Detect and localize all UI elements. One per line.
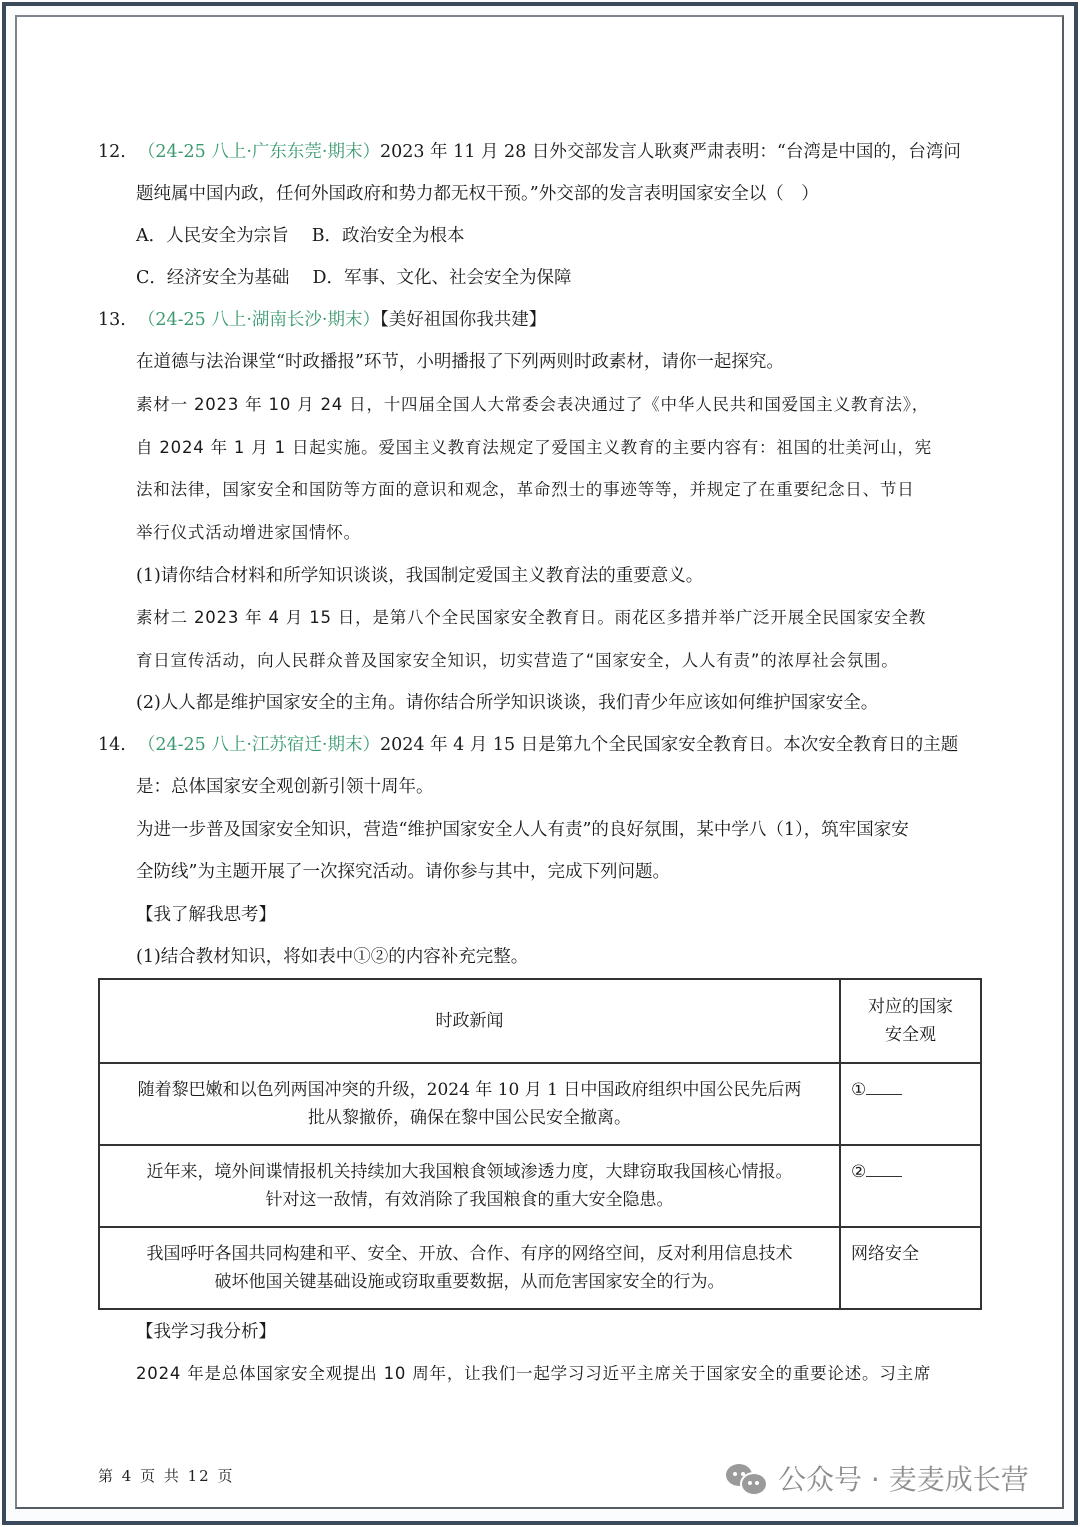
- q13-line-1: 13.（24-25 八上·湖南长沙·期末）【美好祖国你我共建】: [98, 308, 546, 332]
- q13-material1-line-3: 法和法律，国家安全和国防等方面的意识和观念，革命烈士的事迹等等，并规定了在重要纪…: [136, 478, 915, 502]
- answer-cell-1[interactable]: ①: [840, 1063, 981, 1145]
- security-view-table: 时政新闻 对应的国家 安全观 随着黎巴嫩和以色列两国冲突的升级，2024 年 1…: [98, 978, 982, 1310]
- q13-sub2: (2)人人都是维护国家安全的主角。请你结合所学知识谈谈，我们青少年应该如何维护国…: [136, 691, 878, 715]
- q13-intro: 在道德与法治课堂“时政播报”环节，小明播报了下列两则时政素材，请你一起探究。: [136, 350, 784, 374]
- q14-text: 2024 年 4 月 15 日是第九个全民国家安全教育日。本次安全教育日的主题: [380, 735, 958, 755]
- news-line-2: 破坏他国关键基础设施或窃取重要数据，从而危害国家安全的行为。: [110, 1268, 829, 1296]
- q14-line-2: 是：总体国家安全观创新引领十周年。: [136, 775, 434, 799]
- q13-sub1: (1)请你结合材料和所学知识谈谈，我国制定爱国主义教育法的重要意义。: [136, 564, 703, 588]
- news-cell: 随着黎巴嫩和以色列两国冲突的升级，2024 年 10 月 1 日中国政府组织中国…: [99, 1063, 840, 1145]
- answer-marker-1: ①: [851, 1080, 866, 1100]
- q14-analysis: 2024 年是总体国家安全观提出 10 周年，让我们一起学习习近平主席关于国家安…: [136, 1362, 931, 1386]
- table-header-row: 时政新闻 对应的国家 安全观: [99, 979, 981, 1063]
- answer-cell-2[interactable]: ②: [840, 1145, 981, 1227]
- header-view-line-2: 安全观: [842, 1021, 979, 1049]
- q14-section-think: 【我了解我思考】: [136, 903, 276, 927]
- header-security-view: 对应的国家 安全观: [840, 979, 981, 1063]
- q13-source: （24-25 八上·湖南长沙·期末）: [138, 310, 380, 330]
- q12-options-cd: C．经济安全为基础 D．军事、文化、社会安全为保障: [136, 266, 571, 290]
- watermark-text: 公众号 · 麦麦成长营: [778, 1458, 1029, 1498]
- news-line-1: 近年来，境外间谍情报机关持续加大我国粮食领域渗透力度，大肆窃取我国核心情报。: [110, 1158, 829, 1186]
- q12-line-2: 题纯属中国内政，任何外国政府和势力都无权干预。”外交部的发言表明国家安全以（ ）: [136, 182, 819, 206]
- q13-material1-line-4: 举行仪式活动增进家国情怀。: [136, 521, 361, 545]
- q12-line-1: 12.（24-25 八上·广东东莞·期末）2023 年 11 月 28 日外交部…: [98, 140, 961, 164]
- news-cell: 我国呼吁各国共同构建和平、安全、开放、合作、有序的网络空间，反对利用信息技术 破…: [99, 1227, 840, 1309]
- q13-material2-line-2: 育日宣传活动，向人民群众普及国家安全知识，切实营造了“国家安全，人人有责”的浓厚…: [136, 649, 899, 673]
- q13-number: 13.: [98, 310, 126, 330]
- page-number: 第 4 页 共 12 页: [98, 1465, 234, 1486]
- header-view-line-1: 对应的国家: [842, 993, 979, 1021]
- answer-marker-2: ②: [851, 1162, 866, 1182]
- q14-line-1: 14.（24-25 八上·江苏宿迁·期末）2024 年 4 月 15 日是第九个…: [98, 733, 958, 757]
- q14-section-analyze: 【我学习我分析】: [136, 1320, 276, 1344]
- table-row: 我国呼吁各国共同构建和平、安全、开放、合作、有序的网络空间，反对利用信息技术 破…: [99, 1227, 981, 1309]
- q14-source: （24-25 八上·江苏宿迁·期末）: [138, 735, 380, 755]
- watermark: 公众号 · 麦麦成长营: [726, 1458, 1029, 1498]
- q13-material1-line-2: 自 2024 年 1 月 1 日起实施。爱国主义教育法规定了爱国主义教育的主要内…: [136, 436, 932, 460]
- q12-options-ab: A．人民安全为宗旨 B．政治安全为根本: [136, 224, 465, 248]
- q12-text: 2023 年 11 月 28 日外交部发言人耿爽严肃表明：“台湾是中国的，台湾问: [380, 142, 961, 162]
- news-line-1: 我国呼吁各国共同构建和平、安全、开放、合作、有序的网络空间，反对利用信息技术: [110, 1240, 829, 1268]
- q14-line-4: 全防线”为主题开展了一次探究活动。请你参与其中，完成下列问题。: [136, 860, 670, 884]
- q14-number: 14.: [98, 735, 126, 755]
- news-line-2: 针对这一敌情，有效消除了我国粮食的重大安全隐患。: [110, 1186, 829, 1214]
- q13-material1-line-1: 素材一 2023 年 10 月 24 日，十四届全国人大常委会表决通过了《中华人…: [136, 393, 929, 417]
- q13-title: 【美好祖国你我共建】: [380, 310, 546, 330]
- news-line-2: 批从黎撤侨，确保在黎中国公民安全撤离。: [110, 1104, 829, 1132]
- table-row: 随着黎巴嫩和以色列两国冲突的升级，2024 年 10 月 1 日中国政府组织中国…: [99, 1063, 981, 1145]
- q13-material2-line-1: 素材二 2023 年 4 月 15 日，是第八个全民国家安全教育日。雨花区多措并…: [136, 606, 926, 630]
- wechat-icon: [726, 1462, 768, 1494]
- news-line-1: 随着黎巴嫩和以色列两国冲突的升级，2024 年 10 月 1 日中国政府组织中国…: [110, 1076, 829, 1104]
- q14-line-3: 为进一步普及国家安全知识，营造“维护国家安全人人有责”的良好氛围，某中学八（1）…: [136, 818, 909, 842]
- news-cell: 近年来，境外间谍情报机关持续加大我国粮食领域渗透力度，大肆窃取我国核心情报。 针…: [99, 1145, 840, 1227]
- q12-source: （24-25 八上·广东东莞·期末）: [138, 142, 380, 162]
- table-row: 近年来，境外间谍情报机关持续加大我国粮食领域渗透力度，大肆窃取我国核心情报。 针…: [99, 1145, 981, 1227]
- header-news: 时政新闻: [99, 979, 840, 1063]
- answer-blank-2[interactable]: [866, 1162, 902, 1177]
- q12-number: 12.: [98, 142, 126, 162]
- q14-sub1: (1)结合教材知识，将如表中①②的内容补充完整。: [136, 945, 528, 969]
- view-cell-3: 网络安全: [840, 1227, 981, 1309]
- answer-blank-1[interactable]: [866, 1080, 902, 1095]
